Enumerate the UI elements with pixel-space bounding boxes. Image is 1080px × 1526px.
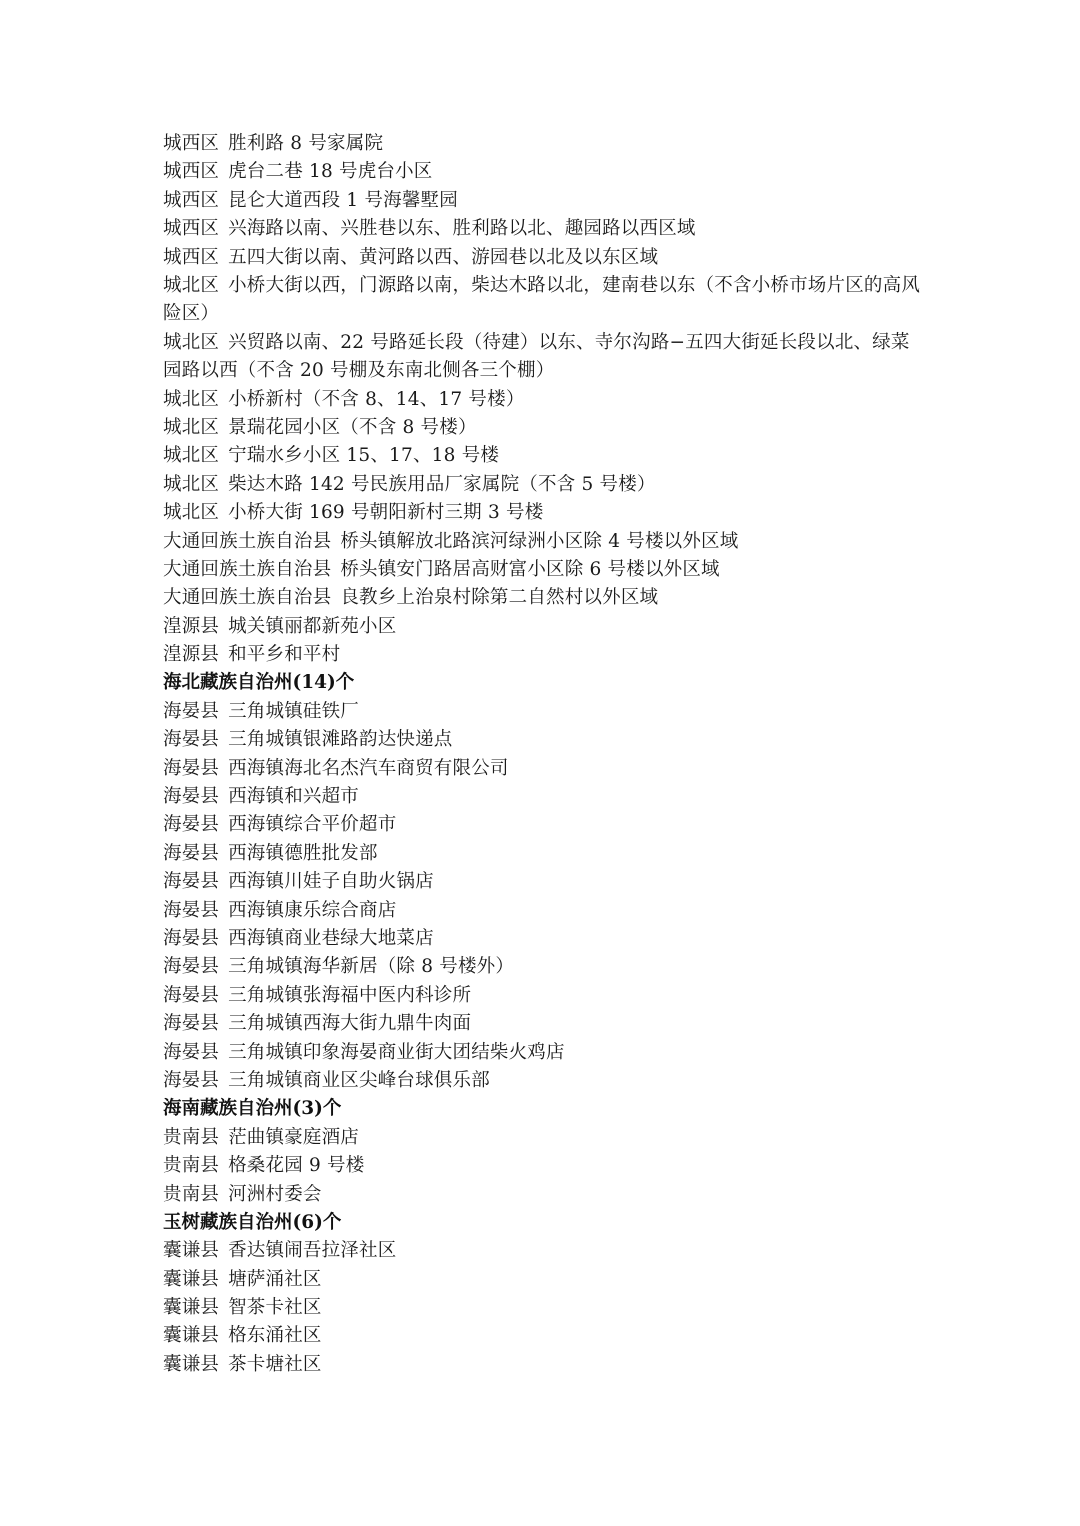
area-name: 囊谦县: [163, 1325, 219, 1346]
area-name: 城北区: [163, 275, 219, 296]
list-item: 城北区小桥大街以西，门源路以南，柴达木路以北，建南巷以东（不含小桥市场片区的高风…: [163, 272, 923, 329]
area-name: 海晏县: [163, 758, 219, 779]
area-name: 海晏县: [163, 729, 219, 750]
area-name: 海晏县: [163, 956, 219, 977]
place-name: 西海镇康乐综合商店: [228, 900, 396, 921]
list-item: 海晏县三角城镇商业区尖峰台球俱乐部: [163, 1067, 923, 1095]
place-name: 茫曲镇豪庭酒店: [228, 1127, 359, 1148]
area-name: 囊谦县: [163, 1269, 219, 1290]
list-item: 海晏县三角城镇西海大街九鼎牛肉面: [163, 1010, 923, 1038]
place-name: 智茶卡社区: [228, 1297, 322, 1318]
place-name: 香达镇闹吾拉泽社区: [228, 1240, 396, 1261]
area-name: 囊谦县: [163, 1297, 219, 1318]
list-item: 城北区柴达木路 142 号民族用品厂家属院（不含 5 号楼）: [163, 471, 923, 499]
area-name: 城北区: [163, 445, 219, 466]
list-item: 海晏县三角城镇张海福中医内科诊所: [163, 982, 923, 1010]
place-name: 三角城镇硅铁厂: [228, 701, 359, 722]
place-name: 三角城镇印象海晏商业街大团结柴火鸡店: [228, 1042, 565, 1063]
place-name: 三角城镇张海福中医内科诊所: [228, 985, 471, 1006]
place-name: 五四大街以南、黄河路以西、游园巷以北及以东区域: [228, 247, 658, 268]
area-name: 城北区: [163, 502, 219, 523]
list-item: 海晏县三角城镇银滩路韵达快递点: [163, 726, 923, 754]
area-name: 城西区: [163, 133, 219, 154]
list-item: 大通回族土族自治县良教乡上治泉村除第二自然村以外区域: [163, 584, 923, 612]
list-item: 湟源县城关镇丽都新苑小区: [163, 613, 923, 641]
place-name: 格桑花园 9 号楼: [228, 1155, 364, 1176]
place-name: 小桥大街 169 号朝阳新村三期 3 号楼: [228, 502, 543, 523]
area-name: 海晏县: [163, 928, 219, 949]
area-name: 贵南县: [163, 1127, 219, 1148]
section-heading-hainan: 海南藏族自治州(3)个: [163, 1095, 923, 1123]
list-item: 城北区小桥大街 169 号朝阳新村三期 3 号楼: [163, 499, 923, 527]
list-item: 城北区小桥新村（不含 8、14、17 号楼）: [163, 386, 923, 414]
list-item: 城北区景瑞花园小区（不含 8 号楼）: [163, 414, 923, 442]
place-name: 格东涌社区: [228, 1325, 322, 1346]
place-name: 景瑞花园小区（不含 8 号楼）: [228, 417, 477, 438]
place-name: 桥头镇解放北路滨河绿洲小区除 4 号楼以外区域: [340, 531, 738, 552]
place-name: 西海镇和兴超市: [228, 786, 359, 807]
list-item: 贵南县格桑花园 9 号楼: [163, 1152, 923, 1180]
area-name: 海晏县: [163, 843, 219, 864]
area-name: 海晏县: [163, 871, 219, 892]
place-name: 西海镇海北名杰汽车商贸有限公司: [228, 758, 509, 779]
list-item: 贵南县茫曲镇豪庭酒店: [163, 1124, 923, 1152]
area-name: 城北区: [163, 389, 219, 410]
place-name: 桥头镇安门路居高财富小区除 6 号楼以外区域: [340, 559, 719, 580]
list-item: 囊谦县塘萨涌社区: [163, 1266, 923, 1294]
list-item: 海晏县三角城镇硅铁厂: [163, 698, 923, 726]
list-item: 城北区宁瑞水乡小区 15、17、18 号楼: [163, 442, 923, 470]
list-item: 大通回族土族自治县桥头镇安门路居高财富小区除 6 号楼以外区域: [163, 556, 923, 584]
area-name: 海晏县: [163, 1013, 219, 1034]
list-item: 囊谦县香达镇闹吾拉泽社区: [163, 1237, 923, 1265]
place-name: 和平乡和平村: [228, 644, 340, 665]
list-item: 海晏县三角城镇印象海晏商业街大团结柴火鸡店: [163, 1039, 923, 1067]
place-name: 西海镇综合平价超市: [228, 814, 396, 835]
list-item: 囊谦县茶卡塘社区: [163, 1351, 923, 1379]
area-name: 海晏县: [163, 786, 219, 807]
list-item: 海晏县西海镇商业巷绿大地菜店: [163, 925, 923, 953]
list-item: 贵南县河洲村委会: [163, 1181, 923, 1209]
document-page: 城西区胜利路 8 号家属院 城西区虎台二巷 18 号虎台小区 城西区昆仑大道西段…: [163, 130, 923, 1379]
place-name: 城关镇丽都新苑小区: [228, 616, 396, 637]
place-name: 兴贸路以南、22 号路延长段（待建）以东、寺尔沟路−五四大街延长段以北、绿菜园路…: [163, 332, 910, 381]
place-name: 胜利路 8 号家属院: [228, 133, 383, 154]
place-name: 西海镇商业巷绿大地菜店: [228, 928, 434, 949]
list-item: 囊谦县格东涌社区: [163, 1322, 923, 1350]
area-name: 海晏县: [163, 1070, 219, 1091]
place-name: 柴达木路 142 号民族用品厂家属院（不含 5 号楼）: [228, 474, 656, 495]
list-item: 城西区虎台二巷 18 号虎台小区: [163, 158, 923, 186]
area-name: 海晏县: [163, 900, 219, 921]
area-name: 城西区: [163, 161, 219, 182]
area-name: 城北区: [163, 474, 219, 495]
area-name: 城西区: [163, 190, 219, 211]
place-name: 昆仑大道西段 1 号海馨墅园: [228, 190, 458, 211]
list-item: 海晏县西海镇和兴超市: [163, 783, 923, 811]
place-name: 虎台二巷 18 号虎台小区: [228, 161, 432, 182]
list-item: 海晏县西海镇康乐综合商店: [163, 897, 923, 925]
area-name: 大通回族土族自治县: [163, 559, 331, 580]
list-item: 海晏县西海镇综合平价超市: [163, 811, 923, 839]
place-name: 兴海路以南、兴胜巷以东、胜利路以北、趣园路以西区域: [228, 218, 696, 239]
area-name: 城西区: [163, 218, 219, 239]
place-name: 良教乡上治泉村除第二自然村以外区域: [340, 587, 658, 608]
list-item: 城西区五四大街以南、黄河路以西、游园巷以北及以东区域: [163, 244, 923, 272]
list-item: 湟源县和平乡和平村: [163, 641, 923, 669]
place-name: 小桥新村（不含 8、14、17 号楼）: [228, 389, 524, 410]
area-name: 海晏县: [163, 1042, 219, 1063]
area-name: 城北区: [163, 417, 219, 438]
place-name: 三角城镇西海大街九鼎牛肉面: [228, 1013, 471, 1034]
area-name: 海晏县: [163, 701, 219, 722]
area-name: 海晏县: [163, 814, 219, 835]
place-name: 三角城镇银滩路韵达快递点: [228, 729, 452, 750]
section-heading-haibei: 海北藏族自治州(14)个: [163, 669, 923, 697]
place-name: 三角城镇商业区尖峰台球俱乐部: [228, 1070, 490, 1091]
place-name: 宁瑞水乡小区 15、17、18 号楼: [228, 445, 499, 466]
list-item: 海晏县三角城镇海华新居（除 8 号楼外）: [163, 953, 923, 981]
list-item: 城西区昆仑大道西段 1 号海馨墅园: [163, 187, 923, 215]
place-name: 茶卡塘社区: [228, 1354, 322, 1375]
place-name: 西海镇川娃子自助火锅店: [228, 871, 434, 892]
list-item: 海晏县西海镇川娃子自助火锅店: [163, 868, 923, 896]
area-name: 湟源县: [163, 616, 219, 637]
area-name: 湟源县: [163, 644, 219, 665]
list-item: 城西区兴海路以南、兴胜巷以东、胜利路以北、趣园路以西区域: [163, 215, 923, 243]
area-name: 城北区: [163, 332, 219, 353]
list-item: 海晏县西海镇德胜批发部: [163, 840, 923, 868]
place-name: 小桥大街以西，门源路以南，柴达木路以北，建南巷以东（不含小桥市场片区的高风险区）: [163, 275, 920, 324]
list-item: 大通回族土族自治县桥头镇解放北路滨河绿洲小区除 4 号楼以外区域: [163, 528, 923, 556]
area-name: 城西区: [163, 247, 219, 268]
list-item: 城北区兴贸路以南、22 号路延长段（待建）以东、寺尔沟路−五四大街延长段以北、绿…: [163, 329, 923, 386]
area-name: 海晏县: [163, 985, 219, 1006]
area-name: 贵南县: [163, 1155, 219, 1176]
area-name: 贵南县: [163, 1184, 219, 1205]
area-name: 囊谦县: [163, 1240, 219, 1261]
place-name: 西海镇德胜批发部: [228, 843, 378, 864]
section-heading-yushu: 玉树藏族自治州(6)个: [163, 1209, 923, 1237]
place-name: 三角城镇海华新居（除 8 号楼外）: [228, 956, 514, 977]
list-item: 海晏县西海镇海北名杰汽车商贸有限公司: [163, 755, 923, 783]
area-name: 大通回族土族自治县: [163, 587, 331, 608]
list-item: 囊谦县智茶卡社区: [163, 1294, 923, 1322]
place-name: 塘萨涌社区: [228, 1269, 322, 1290]
place-name: 河洲村委会: [228, 1184, 322, 1205]
area-name: 大通回族土族自治县: [163, 531, 331, 552]
area-name: 囊谦县: [163, 1354, 219, 1375]
list-item: 城西区胜利路 8 号家属院: [163, 130, 923, 158]
